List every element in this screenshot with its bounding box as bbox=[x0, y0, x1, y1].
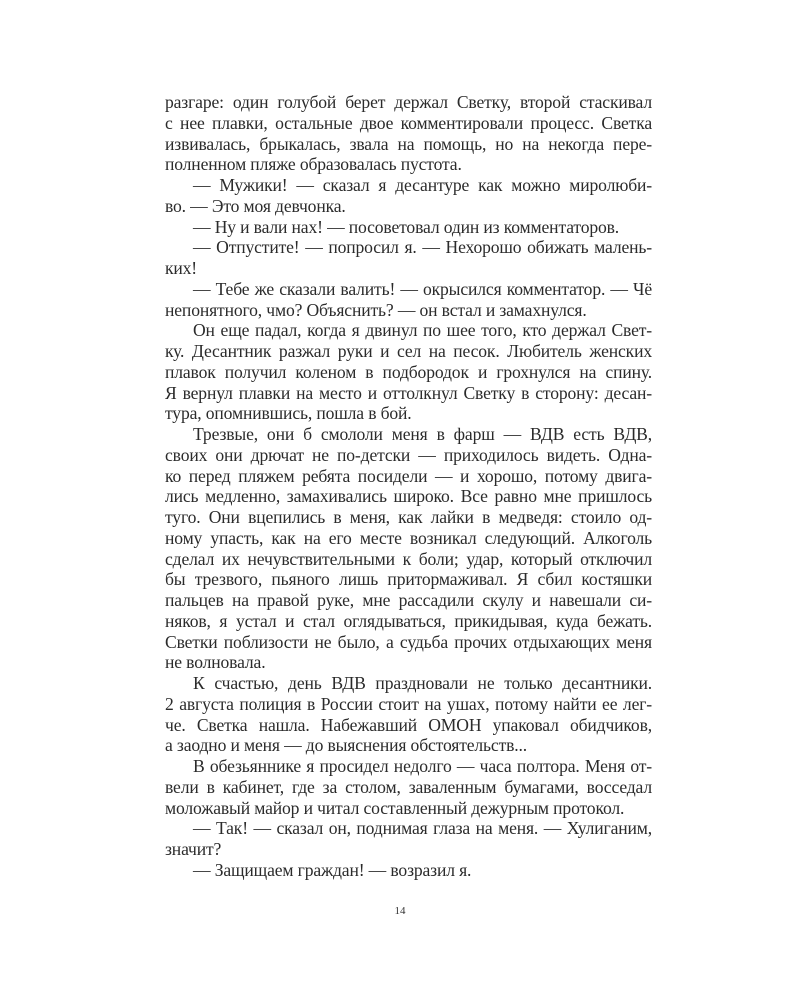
text-line: а заодно и меня — до выяснения обстоятел… bbox=[165, 735, 652, 756]
text-line: Он еще падал, когда я двинул по шее того… bbox=[165, 320, 652, 341]
text-line: — Ну и вали нах! — посоветовал один из к… bbox=[165, 217, 652, 238]
text-line: вели в кабинет, где за столом, заваленны… bbox=[165, 777, 652, 798]
text-line: сделал их нечувствительными к боли; удар… bbox=[165, 549, 652, 570]
text-line: Трезвые, они б смололи меня в фарш — ВДВ… bbox=[165, 424, 652, 445]
text-line: тура, опомнившись, пошла в бой. bbox=[165, 403, 652, 424]
text-line: разгаре: один голубой берет держал Светк… bbox=[165, 92, 652, 113]
text-line: ку. Десантник разжал руки и сел на песок… bbox=[165, 341, 652, 362]
text-line: — Защищаем граждан! — возразил я. bbox=[165, 860, 652, 881]
body-text: разгаре: один голубой берет держал Светк… bbox=[165, 92, 652, 881]
text-line: извивалась, брыкалась, звала на помощь, … bbox=[165, 134, 652, 155]
text-line: — Так! — сказал он, поднимая глаза на ме… bbox=[165, 818, 652, 839]
text-line: пальцев на правой руке, мне рассадили ск… bbox=[165, 590, 652, 611]
page-number: 14 bbox=[0, 905, 800, 917]
text-line: — Отпустите! — попросил я. — Нехорошо об… bbox=[165, 237, 652, 258]
text-line: моложавый майор и читал составленный деж… bbox=[165, 798, 652, 819]
text-line: 2 августа полиция в России стоит на ушах… bbox=[165, 694, 652, 715]
text-line: няков, я устал и стал оглядываться, прик… bbox=[165, 611, 652, 632]
text-line: В обезьяннике я просидел недолго — часа … bbox=[165, 756, 652, 777]
text-line: ному упасть, как на его месте возникал с… bbox=[165, 528, 652, 549]
text-line: во. — Это моя девчонка. bbox=[165, 196, 652, 217]
text-line: ких! bbox=[165, 258, 652, 279]
text-line: туго. Они вцепились в меня, как лайки в … bbox=[165, 507, 652, 528]
text-line: не волновала. bbox=[165, 652, 652, 673]
text-line: ко перед пляжем ребята посидели — и хоро… bbox=[165, 466, 652, 487]
text-line: своих они дрючат не по-детски — приходил… bbox=[165, 445, 652, 466]
text-line: значит? bbox=[165, 839, 652, 860]
text-line: бы трезвого, пьяного лишь притормаживал.… bbox=[165, 569, 652, 590]
text-line: с нее плавки, остальные двое комментиров… bbox=[165, 113, 652, 134]
text-line: лись медленно, замахивались широко. Все … bbox=[165, 486, 652, 507]
text-line: плавок получил коленом в подбородок и гр… bbox=[165, 362, 652, 383]
text-line: непонятного, чмо? Объяснить? — он встал … bbox=[165, 300, 652, 321]
book-page: разгаре: один голубой берет держал Светк… bbox=[0, 0, 800, 1000]
text-line: полненном пляже образовалась пустота. bbox=[165, 154, 652, 175]
text-line: — Тебе же сказали валить! — окрысился ко… bbox=[165, 279, 652, 300]
text-line: К счастью, день ВДВ праздновали не тольк… bbox=[165, 673, 652, 694]
text-line: — Мужики! — сказал я десантуре как можно… bbox=[165, 175, 652, 196]
text-line: Я вернул плавки на место и оттолкнул Све… bbox=[165, 383, 652, 404]
text-line: че. Светка нашла. Набежавший ОМОН упаков… bbox=[165, 715, 652, 736]
text-line: Светки поблизости не было, а судьба проч… bbox=[165, 632, 652, 653]
